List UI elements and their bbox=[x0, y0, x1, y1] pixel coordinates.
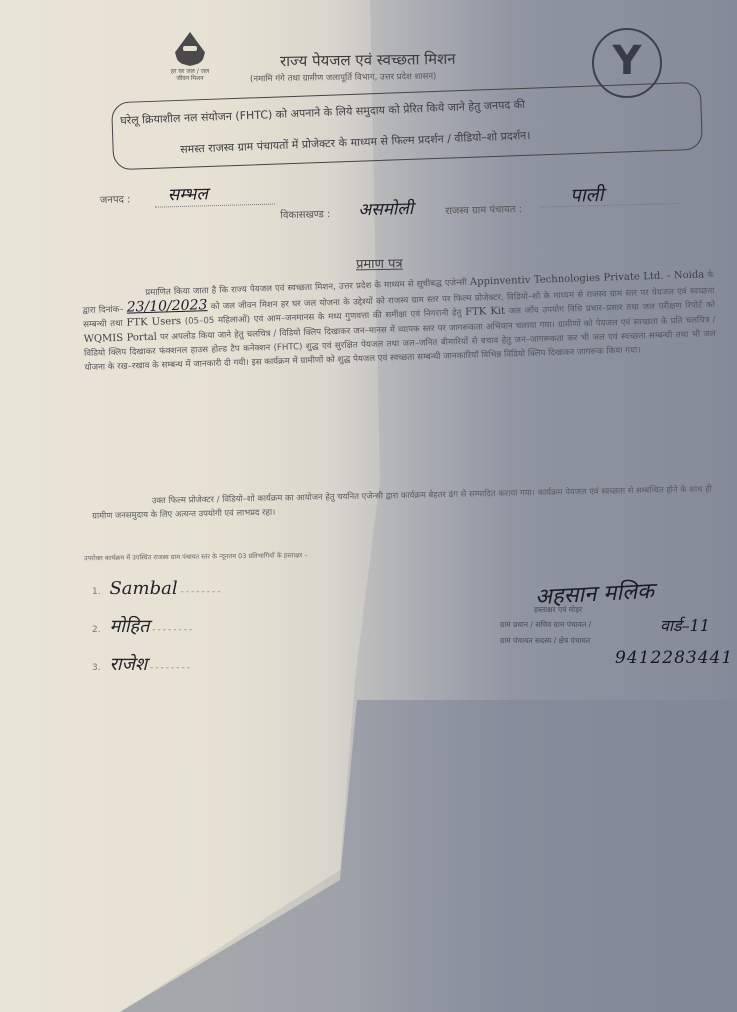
participant-name: Sambal bbox=[109, 578, 177, 599]
logo-caption: हर घर जल / जल जीवन मिशन bbox=[165, 68, 215, 82]
janpad-value: सम्भल bbox=[167, 181, 208, 205]
para1-part-e: जल जाँच उपयोग विधि प्रचार–प्रसार तथा जल … bbox=[509, 301, 715, 317]
janpad-label: जनपद : bbox=[100, 191, 131, 206]
panchayat-member-label: ग्राम पंचायत सदस्य / क्षेत्र पंचायत bbox=[500, 636, 590, 646]
participant-number: 1. bbox=[92, 587, 101, 597]
ftk-users-text: FTK Users bbox=[126, 316, 181, 329]
signature-seal-label: हस्ताक्षर एवं मोहर bbox=[534, 605, 582, 615]
participant-number: 3. bbox=[92, 663, 101, 673]
participant-name: राजेश bbox=[109, 654, 147, 675]
participant-number: 2. bbox=[92, 625, 101, 635]
signature-dotline: -------- bbox=[150, 663, 192, 673]
jal-jeevan-mission-logo: हर घर जल / जल जीवन मिशन bbox=[165, 32, 215, 90]
vikaskhand-label: विकासखण्ड : bbox=[280, 206, 330, 221]
phone-number: 9412283441 bbox=[615, 648, 733, 668]
signature-dotline: -------- bbox=[152, 625, 194, 635]
participant-signature-1: 1. Sambal -------- bbox=[92, 578, 222, 599]
signature-dotline: -------- bbox=[181, 587, 223, 597]
wqmis-portal-text: WQMIS Portal bbox=[83, 331, 157, 344]
gram-panchayat-value: पाली bbox=[570, 181, 604, 208]
program-date: 23/10/2023 bbox=[126, 297, 207, 316]
participant-signature-2: 2. मोहित -------- bbox=[92, 614, 194, 638]
certificate-heading: प्रमाण पत्र bbox=[356, 254, 403, 273]
water-drop-tap-logo-icon bbox=[175, 32, 205, 66]
vikaskhand-value: असमोली bbox=[358, 196, 414, 220]
participant-signature-3: 3. राजेश -------- bbox=[92, 652, 192, 676]
ward-number: वार्ड–11 bbox=[660, 614, 710, 636]
pradhan-secretary-label: ग्राम प्रधान / सचिव ग्राम पंचायत / bbox=[500, 620, 591, 630]
ftk-kit-text: FTK Kit bbox=[465, 306, 505, 318]
gram-panchayat-dotline bbox=[540, 203, 680, 208]
mission-title: राज्य पेयजल एवं स्वच्छता मिशन bbox=[280, 49, 456, 71]
participant-name: मोहित bbox=[109, 616, 149, 637]
gram-panchayat-label: राजस्व ग्राम पंचायत : bbox=[445, 201, 522, 217]
